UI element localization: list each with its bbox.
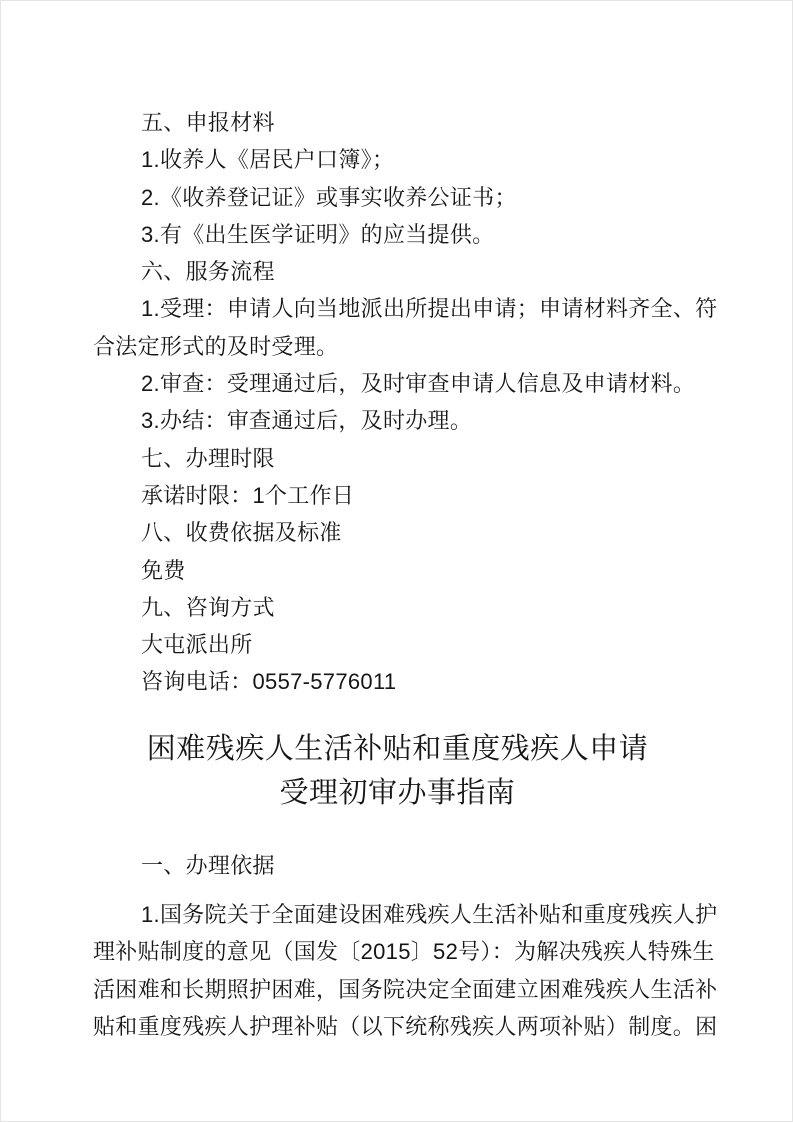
- basis-paragraph-line-3: 活困难和长期照护困难，国务院决定全面建立困难残疾人生活补: [93, 971, 702, 1008]
- basis-paragraph-line-4: 贴和重度残疾人护理补贴（以下统称残疾人两项补贴）制度。困: [93, 1008, 702, 1045]
- heading-application-materials: 五、申报材料: [93, 104, 702, 141]
- fee-text: 免费: [93, 552, 702, 589]
- heading-service-process: 六、服务流程: [93, 253, 702, 290]
- heading-fee-basis: 八、收费依据及标准: [93, 514, 702, 551]
- document-title-line-2: 受理初审办事指南: [93, 771, 702, 815]
- process-step-2: 2.审查：受理通过后，及时审查申请人信息及申请材料。: [93, 365, 702, 402]
- contact-phone: 咨询电话：0557-5776011: [93, 663, 702, 700]
- document-title: 困难残疾人生活补贴和重度残疾人申请 受理初审办事指南: [93, 727, 702, 815]
- process-step-1-line-2: 合法定形式的及时受理。: [93, 328, 702, 365]
- basis-paragraph-line-2: 理补贴制度的意见（国发〔2015〕52号）：为解决残疾人特殊生: [93, 933, 702, 970]
- material-item-3: 3.有《出生医学证明》的应当提供。: [93, 216, 702, 253]
- document-title-line-1: 困难残疾人生活补贴和重度残疾人申请: [93, 727, 702, 771]
- document-content: 五、申报材料 1.收养人《居民户口簿》； 2.《收养登记证》或事实收养公证书； …: [1, 1, 792, 1045]
- time-limit-text: 承诺时限：1个工作日: [93, 477, 702, 514]
- heading-legal-basis: 一、办理依据: [93, 847, 702, 884]
- material-item-1: 1.收养人《居民户口簿》；: [93, 141, 702, 178]
- document-page: 五、申报材料 1.收养人《居民户口簿》； 2.《收养登记证》或事实收养公证书； …: [0, 0, 793, 1122]
- process-step-3: 3.办结：审查通过后，及时办理。: [93, 402, 702, 439]
- process-step-1-line-1: 1.受理：申请人向当地派出所提出申请；申请材料齐全、符: [93, 290, 702, 327]
- heading-contact-method: 九、咨询方式: [93, 589, 702, 626]
- contact-office: 大屯派出所: [93, 626, 702, 663]
- basis-paragraph-line-1: 1.国务院关于全面建设困难残疾人生活补贴和重度残疾人护: [93, 896, 702, 933]
- material-item-2: 2.《收养登记证》或事实收养公证书；: [93, 179, 702, 216]
- heading-processing-time-limit: 七、办理时限: [93, 440, 702, 477]
